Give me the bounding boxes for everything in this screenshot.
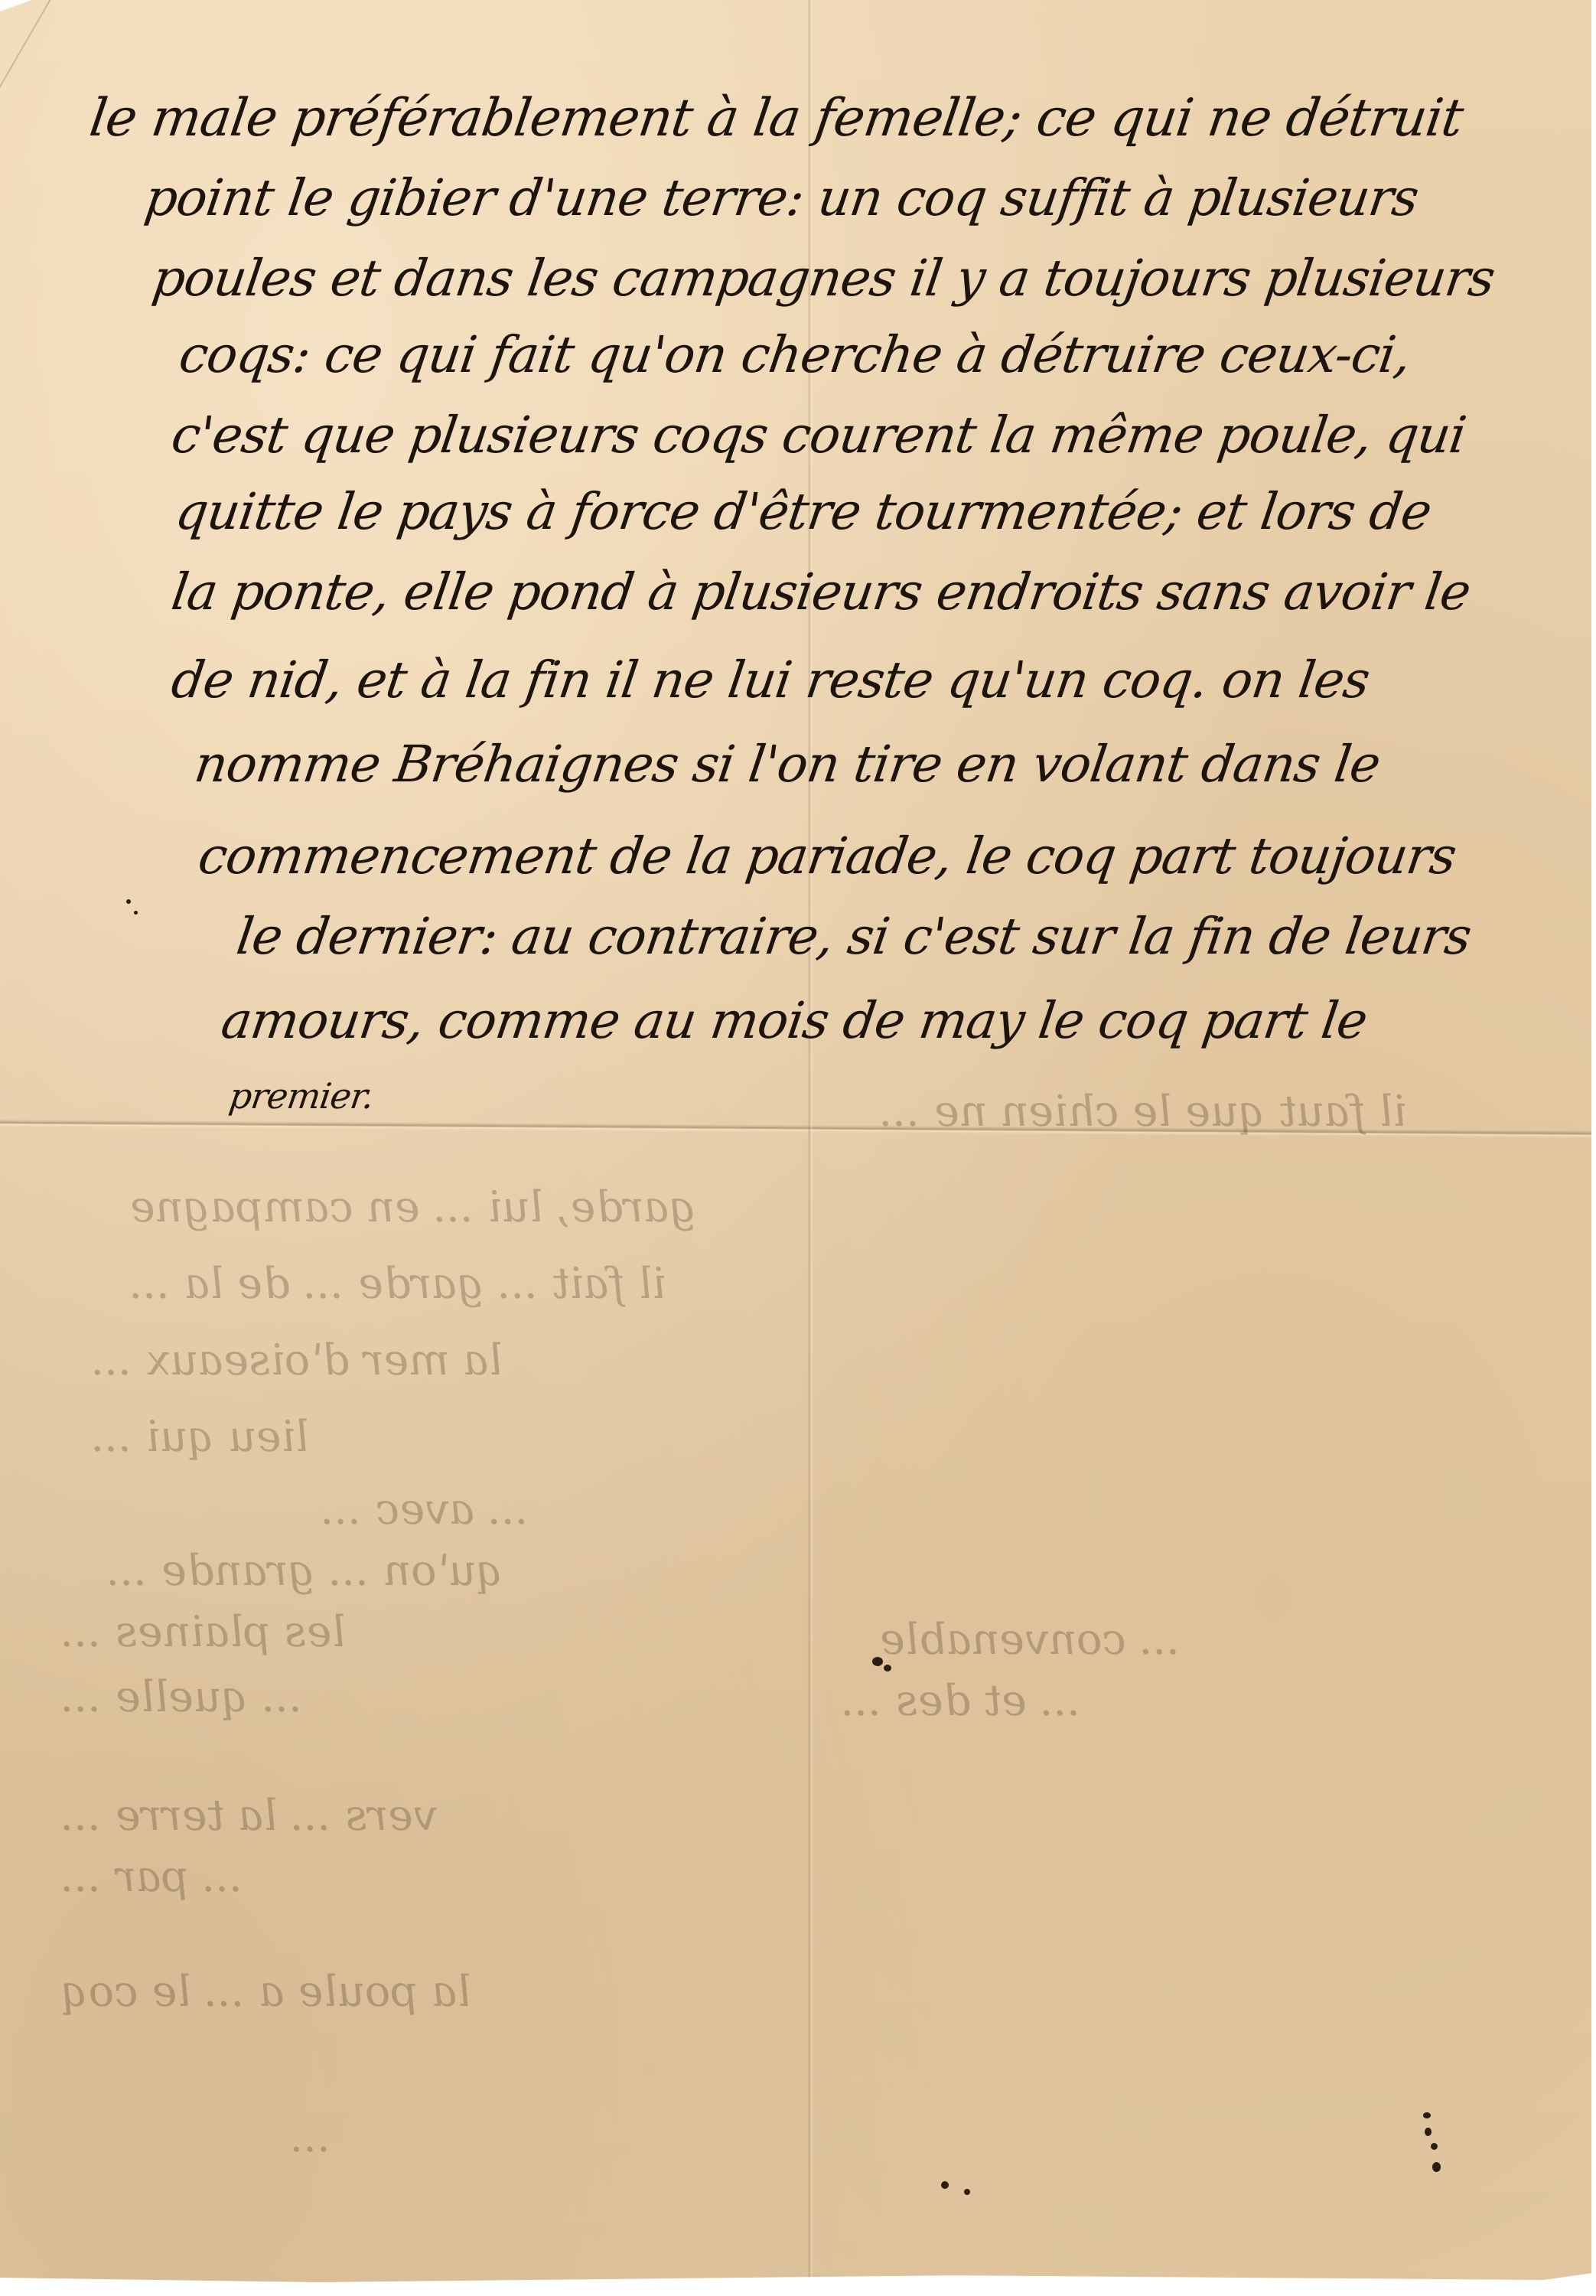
- bleed-through-line: les plaines ...: [59, 1607, 349, 1657]
- manuscript-line: premier.: [226, 1075, 376, 1117]
- manuscript-line: coqs: ce qui fait qu'on cherche à détrui…: [176, 325, 1415, 384]
- bleed-through-line: ... quelle ...: [59, 1672, 306, 1722]
- bleed-through-line: ... et des ...: [839, 1676, 1084, 1726]
- manuscript-line: nomme Bréhaignes si l'on tire en volant …: [191, 735, 1384, 794]
- bleed-through-line: la poule a ... le coq: [59, 1967, 474, 2017]
- ink-speck: [1425, 2128, 1432, 2136]
- manuscript-line: commencement de la pariade, le coq part …: [195, 827, 1460, 885]
- ink-speck: [884, 1665, 891, 1671]
- ink-speck: [1423, 2112, 1431, 2118]
- manuscript-page: il faut que le chien ne ... garde, lui .…: [0, 0, 1591, 2287]
- manuscript-line: quitte le pays à force d'être tourmentée…: [172, 482, 1435, 541]
- manuscript-line: de nid, et à la fin il ne lui reste qu'u…: [168, 651, 1373, 709]
- bleed-through-line: ... avec ...: [319, 1485, 533, 1534]
- manuscript-line: le male préférablement à la femelle; ce …: [86, 88, 1466, 148]
- manuscript-line: amours, comme au mois de may le coq part…: [218, 991, 1371, 1050]
- ink-speck: [1431, 2143, 1438, 2150]
- ink-speck: [126, 899, 131, 904]
- bleed-through-line: il faut que le chien ne ...: [878, 1087, 1409, 1137]
- bleed-through-line: garde, lui ... en campagne: [128, 1182, 699, 1232]
- corner-crease: [0, 0, 55, 165]
- bleed-through-line: la mer d'oiseaux ...: [90, 1336, 506, 1385]
- manuscript-line: la ponte, elle pond à plusieurs endroits…: [168, 563, 1474, 621]
- bleed-through-line: ... convenable: [878, 1615, 1184, 1665]
- manuscript-line: c'est que plusieurs coqs courent la même…: [168, 406, 1470, 465]
- ink-speck: [1432, 2162, 1441, 2172]
- bleed-through-line: ... par ...: [59, 1852, 246, 1902]
- manuscript-line: poules et dans les campagnes il y a touj…: [149, 249, 1499, 308]
- ink-speck: [872, 1657, 883, 1666]
- bleed-through-line: vers ... la terre ...: [59, 1791, 441, 1841]
- bleed-through-line: qu'on ... grande ...: [105, 1546, 506, 1596]
- ink-speck: [941, 2181, 949, 2189]
- bleed-through-line: lieu qui ...: [90, 1412, 312, 1462]
- bleed-through-line: il fait ... garde ... de la ...: [128, 1259, 669, 1309]
- ink-speck: [134, 911, 138, 915]
- manuscript-line: point le gibier d'une terre: un coq suff…: [142, 168, 1422, 227]
- ink-speck: [964, 2189, 970, 2195]
- bleed-through-line: ...: [288, 2112, 334, 2162]
- manuscript-line: le dernier: au contraire, si c'est sur l…: [233, 907, 1475, 966]
